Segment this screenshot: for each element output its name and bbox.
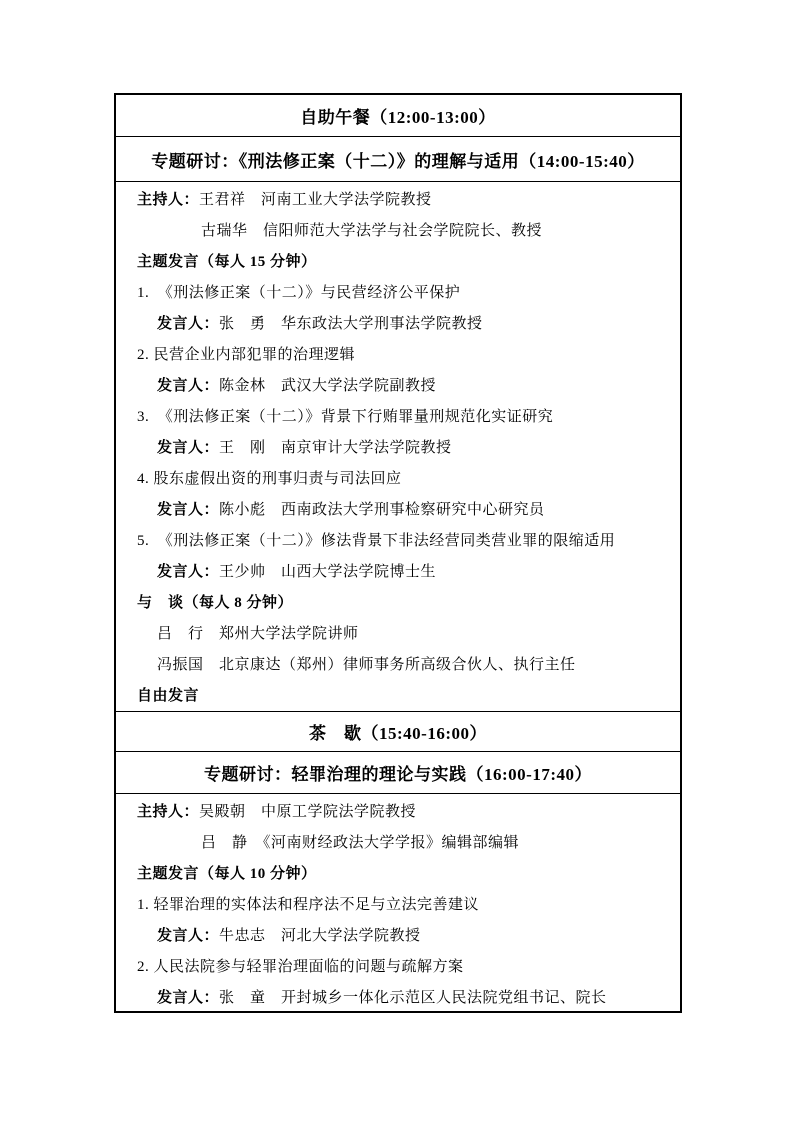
label-text: 发言人： <box>157 564 219 580</box>
speaker-line-2: 发言人：陈金林 武汉大学法学院副教授 <box>116 371 680 402</box>
discussion-heading: 与 谈（每人 8 分钟） <box>116 588 680 619</box>
topic-item-3: 3. 《刑法修正案（十二）》背景下行贿罪量刑规范化实证研究 <box>116 402 680 433</box>
label-text: 发言人： <box>157 990 219 1006</box>
keynote-heading: 主题发言（每人 15 分钟） <box>116 247 680 278</box>
moderator-line: 主持人：吴殿朝 中原工学院法学院教授 <box>116 797 680 828</box>
body-text: 王 刚 南京审计大学法学院教授 <box>219 440 452 456</box>
body-text: 冯振国 北京康达（郑州）律师事务所高级合伙人、执行主任 <box>157 657 576 673</box>
moderator-line: 主持人：王君祥 河南工业大学法学院教授 <box>116 185 680 216</box>
body-text: 吕 行 郑州大学法学院讲师 <box>157 626 359 642</box>
speaker-line-3: 发言人：王 刚 南京审计大学法学院教授 <box>116 433 680 464</box>
topic-item-1: 1. 《刑法修正案（十二）》与民营经济公平保护 <box>116 278 680 309</box>
topic-item-4: 4. 股东虚假出资的刑事归责与司法回应 <box>116 464 680 495</box>
label-text: 主题发言（每人 10 分钟） <box>137 866 317 882</box>
body-text: 2. 民营企业内部犯罪的治理逻辑 <box>137 347 355 363</box>
moderator-line-2: 古瑞华 信阳师范大学法学与社会学院院长、教授 <box>116 216 680 247</box>
body-text: 陈小彪 西南政法大学刑事检察研究中心研究员 <box>219 502 545 518</box>
label-text: 发言人： <box>157 378 219 394</box>
lunch-banner: 自助午餐（12:00-13:00） <box>116 95 680 137</box>
label-text: 主题发言（每人 15 分钟） <box>137 254 317 270</box>
discussant-line-1: 吕 行 郑州大学法学院讲师 <box>116 619 680 650</box>
topic-item-2: 2. 民营企业内部犯罪的治理逻辑 <box>116 340 680 371</box>
label-text: 发言人： <box>157 928 219 944</box>
body-text: 1. 《刑法修正案（十二）》与民营经济公平保护 <box>137 285 460 301</box>
seminar1-details-cell: 主持人：王君祥 河南工业大学法学院教授古瑞华 信阳师范大学法学与社会学院院长、教… <box>116 182 680 712</box>
label-text: 发言人： <box>157 502 219 518</box>
keynote-heading: 主题发言（每人 10 分钟） <box>116 859 680 890</box>
body-text: 5. 《刑法修正案（十二）》修法背景下非法经营同类营业罪的限缩适用 <box>137 533 615 549</box>
body-text: 2. 人民法院参与轻罪治理面临的问题与疏解方案 <box>137 959 464 975</box>
body-text: 王少帅 山西大学法学院博士生 <box>219 564 436 580</box>
body-text: 4. 股东虚假出资的刑事归责与司法回应 <box>137 471 402 487</box>
label-text: 主持人： <box>137 804 199 820</box>
speaker-line-2: 发言人：张 童 开封城乡一体化示范区人民法院党组书记、院长 <box>116 983 680 1014</box>
body-text: 1. 轻罪治理的实体法和程序法不足与立法完善建议 <box>137 897 479 913</box>
body-text: 3. 《刑法修正案（十二）》背景下行贿罪量刑规范化实证研究 <box>137 409 553 425</box>
body-text: 张 童 开封城乡一体化示范区人民法院党组书记、院长 <box>219 990 607 1006</box>
label-text: 与 谈（每人 8 分钟） <box>137 595 293 611</box>
seminar2-details-cell: 主持人：吴殿朝 中原工学院法学院教授吕 静 《河南财经政法大学学报》编辑部编辑主… <box>116 794 680 1015</box>
seminar2-title-banner: 专题研讨：轻罪治理的理论与实践（16:00-17:40） <box>116 752 680 794</box>
body-text: 古瑞华 信阳师范大学法学与社会学院院长、教授 <box>201 223 542 239</box>
topic-item-1: 1. 轻罪治理的实体法和程序法不足与立法完善建议 <box>116 890 680 921</box>
free-discussion-heading: 自由发言 <box>116 681 680 712</box>
body-text: 陈金林 武汉大学法学院副教授 <box>219 378 436 394</box>
body-text: 吕 静 《河南财经政法大学学报》编辑部编辑 <box>201 835 519 851</box>
topic-item-2: 2. 人民法院参与轻罪治理面临的问题与疏解方案 <box>116 952 680 983</box>
label-text: 自由发言 <box>137 688 199 704</box>
moderator-line-2: 吕 静 《河南财经政法大学学报》编辑部编辑 <box>116 828 680 859</box>
label-text: 发言人： <box>157 440 219 456</box>
tea-break-banner: 茶 歇（15:40-16:00） <box>116 712 680 752</box>
discussant-line-2: 冯振国 北京康达（郑州）律师事务所高级合伙人、执行主任 <box>116 650 680 681</box>
topic-item-5: 5. 《刑法修正案（十二）》修法背景下非法经营同类营业罪的限缩适用 <box>116 526 680 557</box>
speaker-line-4: 发言人：陈小彪 西南政法大学刑事检察研究中心研究员 <box>116 495 680 526</box>
label-text: 发言人： <box>157 316 219 332</box>
speaker-line-1: 发言人：张 勇 华东政法大学刑事法学院教授 <box>116 309 680 340</box>
seminar1-title-banner: 专题研讨：《刑法修正案（十二）》的理解与适用（14:00-15:40） <box>116 137 680 182</box>
body-text: 王君祥 河南工业大学法学院教授 <box>199 192 432 208</box>
label-text: 主持人： <box>137 192 199 208</box>
speaker-line-5: 发言人：王少帅 山西大学法学院博士生 <box>116 557 680 588</box>
speaker-line-1: 发言人：牛忠志 河北大学法学院教授 <box>116 921 680 952</box>
body-text: 吴殿朝 中原工学院法学院教授 <box>199 804 416 820</box>
body-text: 牛忠志 河北大学法学院教授 <box>219 928 421 944</box>
body-text: 张 勇 华东政法大学刑事法学院教授 <box>219 316 483 332</box>
conference-schedule-table: 自助午餐（12:00-13:00） 专题研讨：《刑法修正案（十二）》的理解与适用… <box>114 93 682 1013</box>
